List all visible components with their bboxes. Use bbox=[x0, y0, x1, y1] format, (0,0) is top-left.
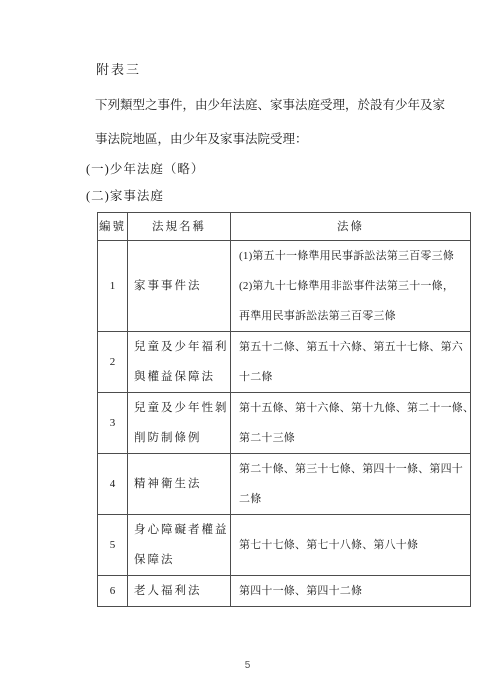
law-name: 老人福利法 bbox=[128, 576, 231, 607]
document-page: 附表三 下列類型之事件，由少年法庭、家事法庭受理，於設有少年及家 事法院地區，由… bbox=[0, 0, 495, 700]
law-name: 身心障礙者權益 保障法 bbox=[128, 515, 231, 576]
row-number: 1 bbox=[98, 241, 128, 332]
row-number: 6 bbox=[98, 576, 128, 607]
table-row: 2 兒童及少年福利 與權益保障法 第五十二條、第五十六條、第五十七條、第六 十二… bbox=[98, 332, 471, 393]
family-court-law-table: 編號 法規名稱 法條 1 家事事件法 (1)第五十一條準用民事訴訟法第三百零三條… bbox=[97, 212, 471, 607]
law-articles: 第五十二條、第五十六條、第五十七條、第六 十二條 bbox=[231, 332, 471, 393]
table-row: 5 身心障礙者權益 保障法 第七十七條、第七十八條、第八十條 bbox=[98, 515, 471, 576]
col-header-articles: 法條 bbox=[231, 213, 471, 241]
col-header-law-name: 法規名稱 bbox=[128, 213, 231, 241]
law-articles: 第七十七條、第七十八條、第八十條 bbox=[231, 515, 471, 576]
row-number: 4 bbox=[98, 454, 128, 515]
table-row: 4 精神衛生法 第二十條、第三十七條、第四十一條、第四十 二條 bbox=[98, 454, 471, 515]
row-number: 2 bbox=[98, 332, 128, 393]
table-body: 1 家事事件法 (1)第五十一條準用民事訴訟法第三百零三條 (2)第九十七條準用… bbox=[98, 241, 471, 607]
page-number: 5 bbox=[0, 660, 495, 671]
table-row: 1 家事事件法 (1)第五十一條準用民事訴訟法第三百零三條 (2)第九十七條準用… bbox=[98, 241, 471, 332]
law-name: 兒童及少年性剝 削防制條例 bbox=[128, 393, 231, 454]
row-number: 5 bbox=[98, 515, 128, 576]
table-header-row: 編號 法規名稱 法條 bbox=[98, 213, 471, 241]
law-name: 精神衛生法 bbox=[128, 454, 231, 515]
table-row: 6 老人福利法 第四十一條、第四十二條 bbox=[98, 576, 471, 607]
table-header: 編號 法規名稱 法條 bbox=[98, 213, 471, 241]
law-articles: 第二十條、第三十七條、第四十一條、第四十 二條 bbox=[231, 454, 471, 515]
law-name: 兒童及少年福利 與權益保障法 bbox=[128, 332, 231, 393]
law-articles: 第四十一條、第四十二條 bbox=[231, 576, 471, 607]
law-articles: 第十五條、第十六條、第十九條、第二十一條、 第二十三條 bbox=[231, 393, 471, 454]
intro-paragraph: 下列類型之事件，由少年法庭、家事法庭受理，於設有少年及家 事法院地區，由少年及家… bbox=[95, 88, 467, 156]
law-articles: (1)第五十一條準用民事訴訟法第三百零三條 (2)第九十七條準用非訟事件法第三十… bbox=[231, 241, 471, 332]
page-title: 附表三 bbox=[96, 59, 141, 78]
law-name: 家事事件法 bbox=[128, 241, 231, 332]
col-header-number: 編號 bbox=[98, 213, 128, 241]
list-item-family-court: (二)家事法庭 bbox=[86, 186, 164, 204]
row-number: 3 bbox=[98, 393, 128, 454]
list-item-juvenile-court: (一)少年法庭（略） bbox=[86, 159, 204, 177]
table-row: 3 兒童及少年性剝 削防制條例 第十五條、第十六條、第十九條、第二十一條、 第二… bbox=[98, 393, 471, 454]
